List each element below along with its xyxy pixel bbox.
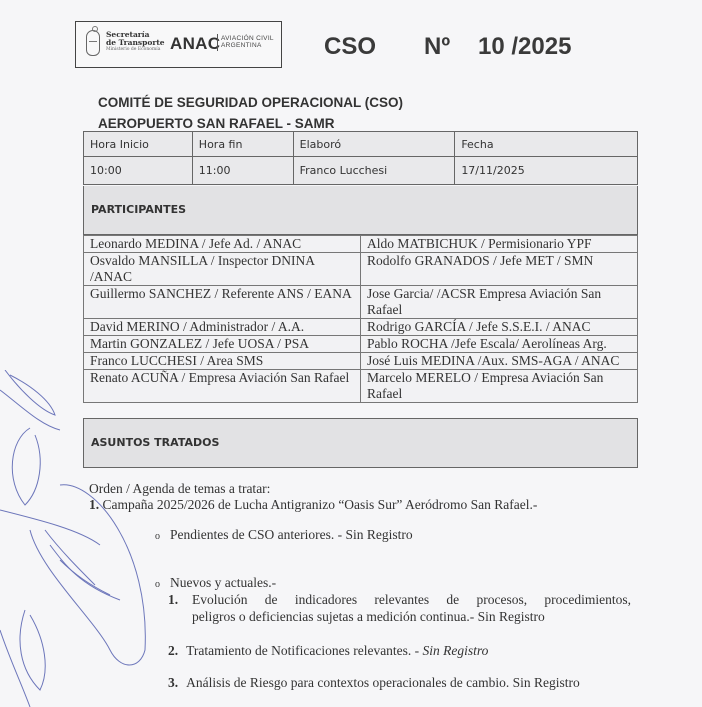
- logo-divider: [217, 34, 218, 51]
- sub-item-1-line1: Evolución de indicadores relevantes de p…: [192, 592, 631, 608]
- anac-logo-text: ANAC: [170, 34, 220, 54]
- secretaria-transporte-label: Secretaría de Transporte Ministerio de E…: [106, 31, 165, 53]
- participants-section-header: PARTICIPANTES: [83, 186, 638, 235]
- sub-item-1: 1.: [168, 592, 186, 608]
- pendientes-bullet: oPendientes de CSO anteriores. - Sin Reg…: [155, 527, 413, 545]
- table-row: Franco LUCCHESI / Area SMS José Luis MED…: [84, 353, 638, 370]
- table-row: Martin GONZALEZ / Jefe UOSA / PSA Pablo …: [84, 336, 638, 353]
- participant-cell: Aldo MATBICHUK / Permisionario YPF: [361, 236, 638, 253]
- agenda-intro: Orden / Agenda de temas a tratar:: [89, 481, 270, 497]
- participant-cell: David MERINO / Administrador / A.A.: [84, 319, 361, 336]
- meta-header-row: Hora Inicio Hora fin Elaboró Fecha: [84, 132, 638, 157]
- table-row: Guillermo SANCHEZ / Referente ANS / EANA…: [84, 286, 638, 319]
- airport-title: AEROPUERTO SAN RAFAEL - SAMR: [98, 116, 335, 131]
- header-elaboro: Elaboró: [293, 132, 455, 157]
- circle-bullet-icon: o: [155, 531, 160, 542]
- participants-table: Leonardo MEDINA / Jefe Ad. / ANAC Aldo M…: [83, 235, 638, 403]
- participant-cell: Marcelo MERELO / Empresa Aviación San Ra…: [361, 370, 638, 403]
- sub-item-2: 2.Tratamiento de Notificaciones relevant…: [168, 643, 488, 659]
- agenda-item-1: 1. Campaña 2025/2026 de Lucha Antigraniz…: [89, 497, 537, 513]
- value-fecha: 17/11/2025: [455, 157, 638, 185]
- committee-title: COMITÉ DE SEGURIDAD OPERACIONAL (CSO): [98, 95, 403, 110]
- doc-type: CSO: [324, 33, 376, 61]
- number-label: Nº: [424, 33, 450, 61]
- participant-cell: Rodolfo GRANADOS / Jefe MET / SMN: [361, 253, 638, 286]
- argentina-coat-of-arms-icon: [86, 30, 100, 56]
- table-row: Renato ACUÑA / Empresa Aviación San Rafa…: [84, 370, 638, 403]
- nuevos-bullet: oNuevos y actuales.-: [155, 575, 276, 593]
- participant-cell: Renato ACUÑA / Empresa Aviación San Rafa…: [84, 370, 361, 403]
- header-hora-inicio: Hora Inicio: [84, 132, 193, 157]
- participant-cell: Leonardo MEDINA / Jefe Ad. / ANAC: [84, 236, 361, 253]
- sub-item-1-line2: peligros o deficiencias sujetas a medici…: [192, 609, 545, 625]
- asuntos-section-header: ASUNTOS TRATADOS: [83, 418, 638, 468]
- participant-cell: Rodrigo GARCÍA / Jefe S.S.E.I. / ANAC: [361, 319, 638, 336]
- circle-bullet-icon: o: [155, 579, 160, 590]
- participant-cell: Pablo ROCHA /Jefe Escala/ Aerolíneas Arg…: [361, 336, 638, 353]
- participant-cell: Osvaldo MANSILLA / Inspector DNINA /ANAC: [84, 253, 361, 286]
- participant-cell: Martin GONZALEZ / Jefe UOSA / PSA: [84, 336, 361, 353]
- header-logo: Secretaría de Transporte Ministerio de E…: [75, 21, 282, 68]
- table-row: David MERINO / Administrador / A.A. Rodr…: [84, 319, 638, 336]
- table-row: Osvaldo MANSILLA / Inspector DNINA /ANAC…: [84, 253, 638, 286]
- participants-heading: PARTICIPANTES: [91, 203, 186, 216]
- participant-cell: Guillermo SANCHEZ / Referente ANS / EANA: [84, 286, 361, 319]
- value-hora-inicio: 10:00: [84, 157, 193, 185]
- table-row: Leonardo MEDINA / Jefe Ad. / ANAC Aldo M…: [84, 236, 638, 253]
- header-hora-fin: Hora fin: [192, 132, 293, 157]
- meta-table: Hora Inicio Hora fin Elaboró Fecha 10:00…: [83, 131, 638, 185]
- anac-subtitle: AVIACIÓN CIVIL ARGENTINA: [221, 35, 274, 49]
- doc-number: 10 /2025: [478, 33, 571, 61]
- header-fecha: Fecha: [455, 132, 638, 157]
- value-hora-fin: 11:00: [192, 157, 293, 185]
- participant-cell: Jose Garcia/ /ACSR Empresa Aviación San …: [361, 286, 638, 319]
- value-elaboro: Franco Lucchesi: [293, 157, 455, 185]
- sub-item-3: 3.Análisis de Riesgo para contextos oper…: [168, 675, 580, 691]
- asuntos-heading: ASUNTOS TRATADOS: [91, 436, 219, 449]
- participant-cell: Franco LUCCHESI / Area SMS: [84, 353, 361, 370]
- participant-cell: José Luis MEDINA /Aux. SMS-AGA / ANAC: [361, 353, 638, 370]
- meta-value-row: 10:00 11:00 Franco Lucchesi 17/11/2025: [84, 157, 638, 185]
